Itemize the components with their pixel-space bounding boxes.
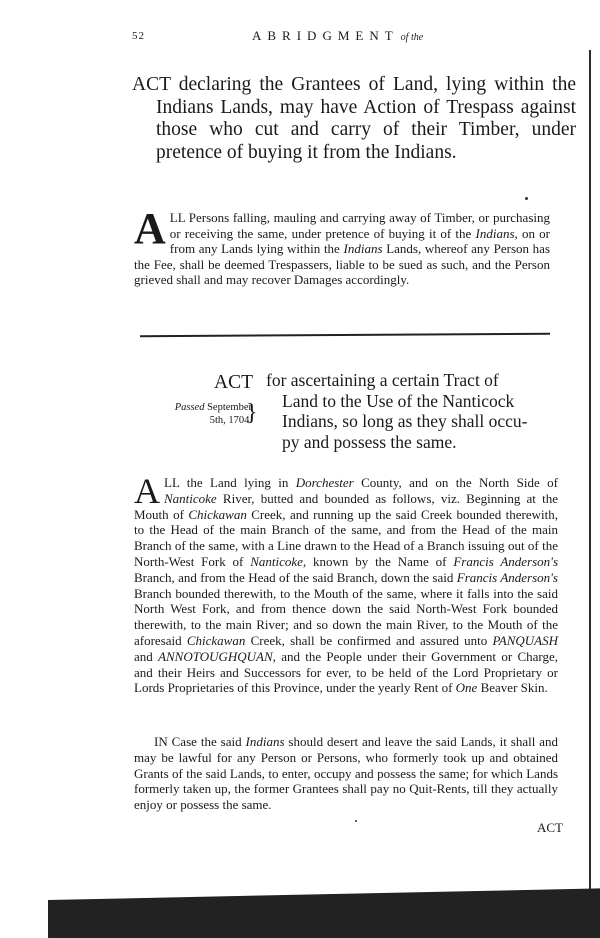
title-line: py and possess the same. [266,432,564,453]
title-line: for ascertaining a certain Tract of [266,370,564,391]
text-run: Beaver Skin. [477,680,547,695]
act-title-nanticock: for ascertaining a certain Tract of Land… [266,370,564,452]
italic-term: Indians [344,241,383,256]
page-edge-line [589,50,591,900]
text-run: LL the Land lying in [164,475,296,490]
running-title: ABRIDGMENTof the [252,28,423,44]
text-run: and [134,649,158,664]
title-line: Indians, so long as they shall occu- [266,411,564,432]
italic-term: One [456,680,478,695]
print-speck [355,820,357,822]
act-label: ACT [214,372,253,394]
paragraph-text: IN Case the said Indians should desert a… [134,734,558,812]
passed-label: Passed [175,402,205,413]
paragraph-desertion: IN Case the said Indians should desert a… [134,734,558,813]
italic-term: Nanticoke [164,491,217,506]
text-run: IN Case the said [154,734,246,749]
italic-term: ANNOTOUGHQUAN [158,649,273,664]
text-run: County, and on the North Side of [354,475,558,490]
paragraph-land-grant: A LL the Land lying in Dorchester County… [134,475,558,696]
dropcap: A [134,212,166,246]
italic-term: Indians [246,734,285,749]
scan-shadow-fill [52,916,600,938]
italic-term: PANQUASH [493,633,558,648]
italic-term: Francis Anderson's [457,570,558,585]
text-run: , known by the Name of [303,554,453,569]
italic-term: Dorchester [296,475,354,490]
scanned-page: 52 ABRIDGMENTof the ACT declaring the Gr… [0,0,600,938]
passed-date-note: Passed September 5th, 1704. [118,401,252,427]
italic-term: Chickawan [188,507,247,522]
italic-term: Francis Anderson's [453,554,558,569]
act-heading-nanticock: ACT for ascertaining a certain Tract of … [118,370,558,450]
running-title-suffix: of the [401,32,424,43]
italic-term: Indians [476,226,515,241]
print-speck [525,197,528,200]
dropcap: A [134,477,160,505]
page-number: 52 [132,30,145,42]
italic-term: Nanticoke [250,554,303,569]
act-title-trespass: ACT declaring the Grantees of Land, lyin… [132,74,576,164]
text-run: Creek, shall be confirmed and assured un… [245,633,492,648]
brace-icon: } [246,400,258,426]
catchword: ACT [537,820,563,836]
paragraph-text: LL Persons falling, mauling and carrying… [134,210,550,287]
running-head: 52 ABRIDGMENTof the [132,28,572,48]
italic-term: Chickawan [187,633,246,648]
paragraph-trespass: A LL Persons falling, mauling and carryi… [134,210,550,288]
title-line: Land to the Use of the Nanticock [266,391,564,412]
section-divider [140,333,550,338]
running-title-main: ABRIDGMENT [252,28,399,43]
paragraph-text: LL the Land lying in Dorchester County, … [134,475,558,695]
text-run: Branch, and from the Head of the said Br… [134,570,457,585]
